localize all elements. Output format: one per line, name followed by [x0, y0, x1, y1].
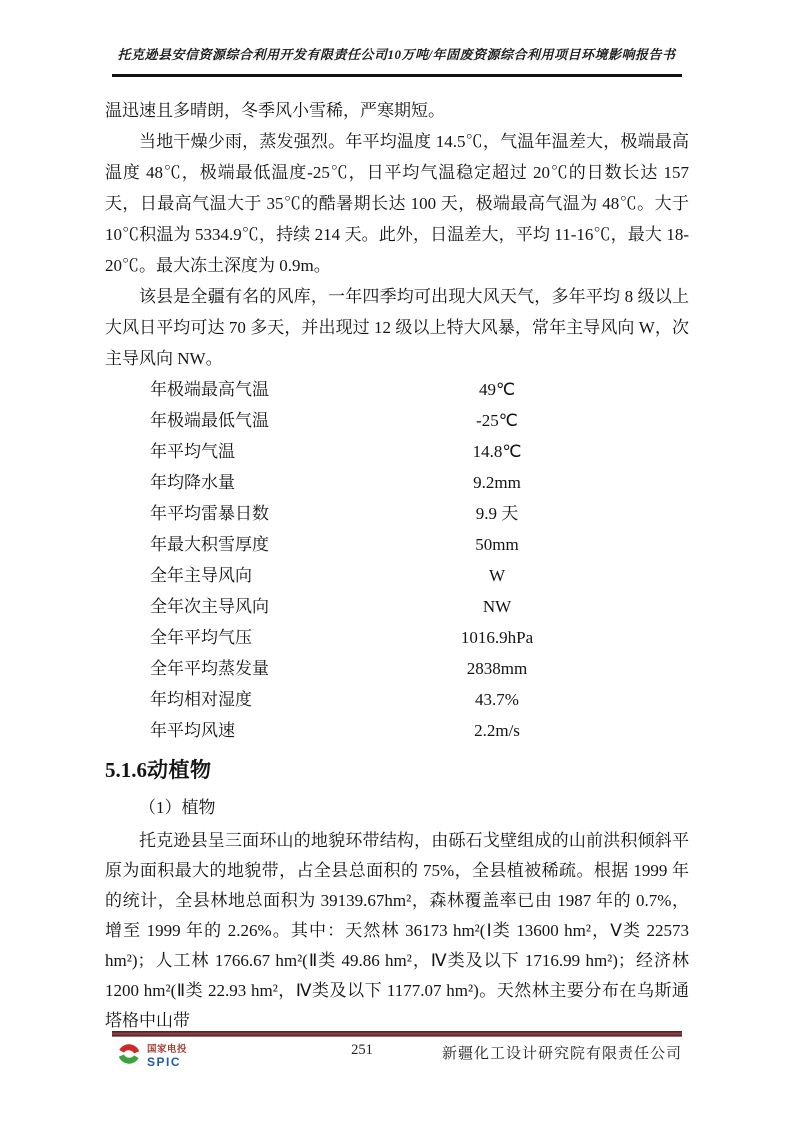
climate-row: 年均降水量 9.2mm	[105, 467, 689, 498]
page-content: 温迅速且多晴朗，冬季风小雪稀，严寒期短。 当地干燥少雨，蒸发强烈。年平均温度 1…	[105, 95, 689, 1036]
climate-label: 全年平均蒸发量	[150, 653, 269, 684]
climate-row: 年最大积雪厚度 50mm	[105, 529, 689, 560]
climate-row: 全年平均蒸发量 2838mm	[105, 653, 689, 684]
spic-logo-english: SPIC	[147, 1056, 187, 1068]
climate-label: 年极端最高气温	[150, 374, 269, 405]
subsection-heading: （1）植物	[105, 790, 689, 826]
climate-label: 年均相对湿度	[150, 684, 252, 715]
climate-row: 全年次主导风向 NW	[105, 591, 689, 622]
climate-row: 年均相对湿度 43.7%	[105, 684, 689, 715]
section-heading: 5.1.6动植物	[105, 755, 689, 786]
spic-swirl-icon	[116, 1041, 142, 1072]
climate-value: 1016.9hPa	[397, 622, 597, 653]
climate-label: 年极端最低气温	[150, 405, 269, 436]
climate-label: 全年主导风向	[150, 560, 252, 591]
header-title: 托克逊县安信资源综合利用开发有限责任公司10万吨/年固废资源综合利用项目环境影响…	[0, 44, 793, 63]
page-number: 251	[312, 1042, 412, 1059]
climate-row: 全年平均气压 1016.9hPa	[105, 622, 689, 653]
paragraph-continued: 温迅速且多晴朗，冬季风小雪稀，严寒期短。	[105, 95, 689, 126]
climate-label: 全年平均气压	[150, 622, 252, 653]
climate-label: 年平均风速	[150, 715, 235, 746]
footer: 国家电投 SPIC 251 新疆化工设计研究院有限责任公司	[112, 1040, 682, 1072]
climate-row: 年平均雷暴日数 9.9 天	[105, 498, 689, 529]
spic-logo-text: 国家电投 SPIC	[147, 1045, 187, 1069]
climate-label: 全年次主导风向	[150, 591, 269, 622]
paragraph-wind: 该县是全疆有名的风库，一年四季均可出现大风天气，多年平均 8 级以上大风日平均可…	[105, 281, 689, 374]
header-rule	[112, 74, 682, 77]
climate-table: 年极端最高气温 49℃ 年极端最低气温 -25℃ 年平均气温 14.8℃ 年均降…	[105, 374, 689, 746]
climate-row: 年极端最高气温 49℃	[105, 374, 689, 405]
climate-value: 2.2m/s	[397, 715, 597, 746]
section-number: 5.1.6	[105, 758, 147, 782]
footer-company-name: 新疆化工设计研究院有限责任公司	[442, 1042, 682, 1063]
climate-value: W	[397, 560, 597, 591]
climate-row: 年平均风速 2.2m/s	[105, 715, 689, 746]
climate-value: 49℃	[397, 374, 597, 405]
document-page: 托克逊县安信资源综合利用开发有限责任公司10万吨/年固废资源综合利用项目环境影响…	[0, 0, 793, 1122]
climate-value: NW	[397, 591, 597, 622]
climate-value: 2838mm	[397, 653, 597, 684]
paragraph-flora: 托克逊县呈三面环山的地貌环带结构，由砾石戈壁组成的山前洪积倾斜平原为面积最大的地…	[105, 826, 689, 1036]
climate-label: 年平均雷暴日数	[150, 498, 269, 529]
spic-logo: 国家电投 SPIC	[116, 1041, 187, 1072]
climate-value: 43.7%	[397, 684, 597, 715]
climate-row: 年极端最低气温 -25℃	[105, 405, 689, 436]
climate-value: 14.8℃	[397, 436, 597, 467]
spic-logo-chinese: 国家电投	[147, 1045, 187, 1055]
climate-label: 年均降水量	[150, 467, 235, 498]
climate-row: 年平均气温 14.8℃	[105, 436, 689, 467]
climate-value: 9.9 天	[397, 498, 597, 529]
climate-row: 全年主导风向 W	[105, 560, 689, 591]
climate-label: 年平均气温	[150, 436, 235, 467]
paragraph-climate: 当地干燥少雨，蒸发强烈。年平均温度 14.5℃，气温年温差大，极端最高温度 48…	[105, 126, 689, 281]
footer-rule	[112, 1031, 682, 1037]
climate-value: 9.2mm	[397, 467, 597, 498]
section-title: 动植物	[147, 759, 212, 782]
climate-value: 50mm	[397, 529, 597, 560]
climate-label: 年最大积雪厚度	[150, 529, 269, 560]
climate-value: -25℃	[397, 405, 597, 436]
